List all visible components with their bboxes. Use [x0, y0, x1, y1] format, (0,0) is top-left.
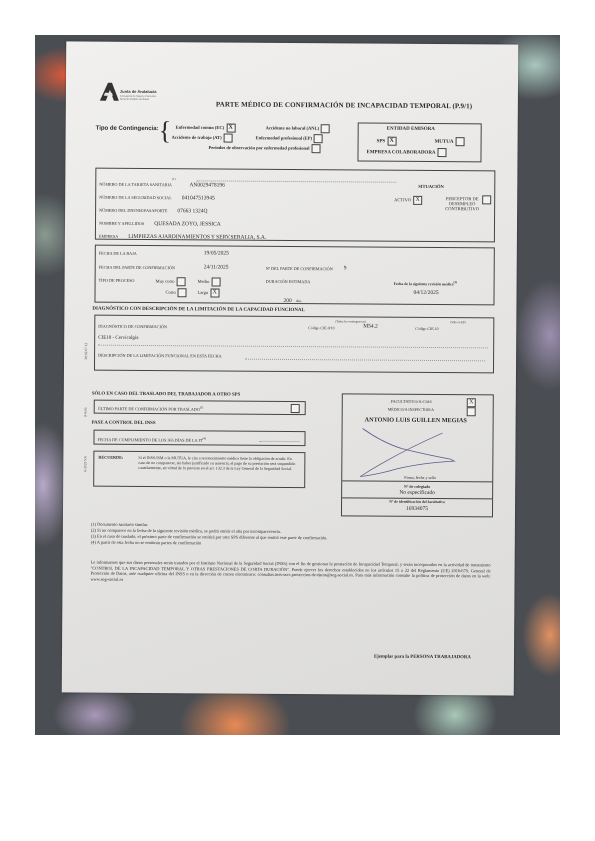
checkbox-ec[interactable]: X: [226, 124, 235, 133]
inss-date-label: FECHA DE CUMPLIMIENTO DE LOS 365 DÍAS DE…: [97, 436, 206, 443]
transfer-box: ÚLTIMO PARTE DE CONFIRMACIÓN POR TRASLAD…: [94, 400, 306, 415]
confirmation-number-label: Nº DEL PARTE DE CONFIRMACIÓN: [266, 266, 333, 271]
junta-andalucia-logo-icon: [98, 82, 120, 102]
entity-option-sps[interactable]: SPSX: [377, 137, 397, 146]
worker-data-box: NÚMERO DE LA TARJETA SANITARIA(1) AN0029…: [95, 168, 495, 243]
checkbox-anl[interactable]: [321, 124, 330, 133]
reminder-box: RECUERDE: Si el INSS/ISM o la MUTUA, le …: [93, 451, 305, 488]
checkbox-ep[interactable]: [314, 134, 323, 143]
inss-box: FECHA DE CUMPLIMIENTO DE LOS 365 DÍAS DE…: [93, 430, 305, 446]
contingency-option-observation[interactable]: Periodos de observación por enfermedad p…: [209, 143, 321, 153]
reminder-text: Si el INSS/ISM o la MUTUA, le cita a rec…: [138, 455, 298, 471]
checkbox-medio[interactable]: [211, 277, 220, 286]
company-row: EMPRESA LIMPIEZAS AJARDINAMIENTOS Y SERV…: [99, 225, 266, 244]
brace-icon: {: [159, 120, 172, 142]
privacy-notice: Le informamos que sus datos personales s…: [91, 560, 491, 585]
process-type-muy-corto[interactable]: Muy corto: [156, 277, 186, 286]
cie910-label: Código CIE-9/10: [308, 326, 334, 330]
next-review-value: 04/12/2025: [414, 290, 439, 296]
doctor-box: FACULTATIVO/A-CIAS X MÉDICO/A INSPECTOR/…: [341, 393, 494, 517]
checkbox-empresa[interactable]: [438, 148, 447, 157]
logo-subtitle: Consejería de Salud y Consumo · Servicio…: [120, 95, 160, 101]
duration-value: 200 días: [283, 289, 301, 307]
checkbox-last-part[interactable]: [291, 404, 300, 413]
process-type-medio[interactable]: Medio: [198, 277, 221, 286]
diagnosis-section-title: DIAGNÓSTICO CON DESCRIPCIÓN DE LA LIMITA…: [92, 307, 305, 313]
issuing-entity-title: ENTIDAD EMISORA: [387, 127, 435, 132]
facultativo-label: FACULTATIVO/A-CIAS: [391, 399, 432, 404]
company-value: LIMPIEZAS AJARDINAMIENTOS Y SERV.SERALIA…: [128, 234, 266, 241]
duration-label: DURACIÓN ESTIMADA: [266, 279, 311, 284]
limitation-line: [245, 359, 485, 362]
cie910-value: M54.2: [363, 324, 378, 330]
divider-1: [342, 480, 492, 482]
situation-active[interactable]: ACTIVOX: [394, 196, 422, 205]
confirmation-number-value: 9: [344, 265, 347, 271]
issuing-entity-box: ENTIDAD EMISORA SPSX MUTUA EMPRESA COLAB…: [357, 122, 481, 162]
contingency-option-ep[interactable]: Enfermedad profesional (EP): [256, 134, 323, 143]
last-part-label: ÚLTIMO PARTE DE CONFIRMACIÓN POR TRASLAD…: [98, 405, 204, 412]
limitation-label: DESCRIPCIÓN DE LA LIMITACIÓN FUNCIONAL E…: [98, 353, 222, 359]
medical-form-sheet: Junta de Andalucía Consejería de Salud y…: [62, 41, 519, 695]
ep-only-note: (Sólo en EP): [450, 320, 465, 324]
checkbox-facultativo[interactable]: X: [467, 398, 476, 407]
leave-date-label: FECHA DE LA BAJA: [99, 251, 137, 256]
process-data-box: FECHA DE LA BAJA 19/05/2025 FECHA DEL PA…: [94, 245, 494, 306]
contingency-option-anl[interactable]: Accidente no laboral (ANL): [266, 124, 330, 133]
doctor-id-value: 16934075: [342, 505, 492, 512]
confirmation-date-label: FECHA DEL PARTE DE CONFIRMACIÓN: [99, 265, 175, 271]
collegiate-value: No especificado: [342, 489, 492, 496]
process-type-largo[interactable]: LargoX: [197, 288, 219, 297]
diagnosis-confirmation-label: DIAGNÓSTICO DE CONFIRMACIÓN: [98, 324, 167, 329]
diagnosis-text: CIE10 - Cervicalgia: [98, 336, 138, 341]
checkbox-largo[interactable]: X: [210, 288, 219, 297]
collegiate-label: Nº de colegiado: [342, 483, 492, 489]
inspector-label: MÉDICO/A INSPECTOR/A: [388, 407, 434, 412]
entity-option-mutua[interactable]: MUTUA: [435, 137, 465, 146]
all-contingencies-note: (Todas las contingencias): [335, 319, 365, 323]
transfer-section-title: SÓLO EN CASO DEL TRASLADO DEL TRABAJADOR…: [92, 392, 240, 398]
contingency-option-ec[interactable]: Enfermedad común (EC)X: [176, 123, 236, 132]
process-type-corto[interactable]: Corto: [165, 288, 186, 297]
inss-date-line: [259, 441, 299, 442]
margin-code-1: 28/02/07 12: [84, 343, 88, 360]
checkbox-mutua[interactable]: [455, 137, 464, 146]
checkbox-sps[interactable]: X: [387, 137, 396, 146]
footnotes: (1) Documento sanitario similar. (2) Si …: [91, 522, 491, 549]
entity-option-empresa[interactable]: EMPRESA COLABORADORA: [366, 148, 446, 158]
confirmation-date-value: 24/11/2025: [204, 264, 229, 270]
checkbox-active[interactable]: X: [413, 196, 422, 205]
contingency-label: Tipo de Contingencia:: [96, 126, 159, 132]
next-review-label: Fecha de la siguiente revisión médica(2): [394, 280, 457, 287]
situation-perceptor[interactable]: PERCEPTOR DE DESEMPLEO CONTRIBUTIVO: [438, 196, 486, 211]
reminder-label: RECUERDE:: [98, 455, 123, 460]
checkbox-at[interactable]: [224, 134, 233, 143]
contingency-option-at[interactable]: Accidente de trabajo (AT): [172, 133, 233, 142]
form-title: PARTE MÉDICO DE CONFIRMACIÓN DE INCAPACI…: [216, 100, 472, 110]
doctor-id-label: Nº de identificación del facultativo: [342, 499, 492, 504]
checkbox-corto[interactable]: [178, 288, 187, 297]
diagnosis-box: DIAGNÓSTICO DE CONFIRMACIÓN (Todas las c…: [94, 315, 494, 374]
checkbox-inspector[interactable]: [467, 407, 476, 416]
signature-label: Firma, fecha y sello: [404, 475, 436, 480]
margin-code-2: P-9/01: [84, 407, 88, 416]
checkbox-muy-corto[interactable]: [176, 277, 185, 286]
diagnosis-line: [98, 345, 488, 349]
process-type-label: TIPO DE PROCESO: [99, 278, 135, 283]
margin-code-3: 6-2023 V.6: [83, 456, 87, 471]
logo-name: Junta de Andalucía: [120, 89, 157, 94]
signature-icon: [342, 422, 492, 478]
checkbox-observation[interactable]: [311, 144, 320, 153]
checkbox-perceptor[interactable]: [482, 195, 491, 204]
cie10-label: Código CIE-10: [415, 327, 438, 331]
situation-title: SITUACIÓN: [418, 184, 444, 189]
inss-section-title: PASE A CONTROL DEL INSS: [92, 421, 156, 426]
leave-date-value: 19/05/2025: [204, 250, 229, 256]
copy-recipient: Ejemplar para la PERSONA TRABAJADORA: [374, 655, 471, 661]
